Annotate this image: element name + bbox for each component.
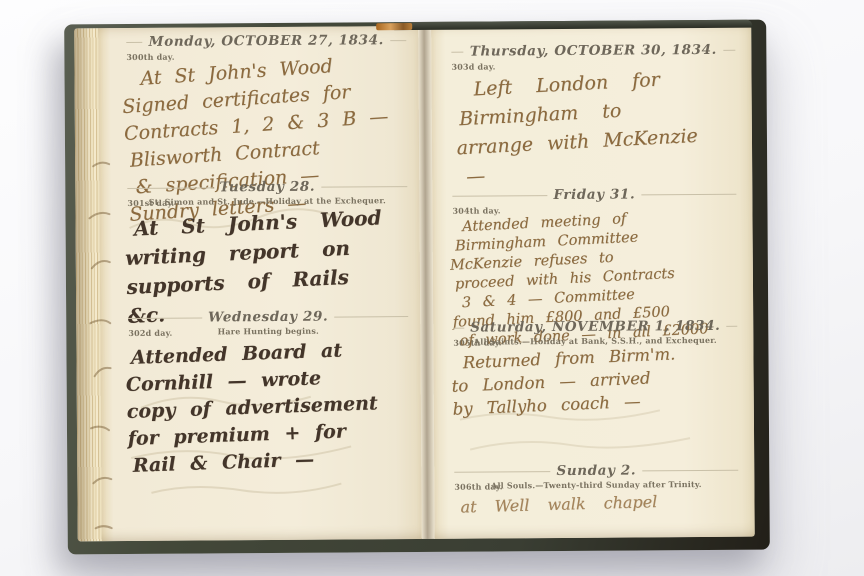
- handwritten-entry: Attended Board at Cornhill — wrote copy …: [125, 335, 414, 480]
- date-header-row: Saturday, NOVEMBER 1, 1834.: [451, 318, 739, 336]
- header-rule: [126, 41, 142, 42]
- day-number-label: 301st day.: [127, 198, 174, 208]
- diary-entry-thursday: Thursday, OCTOBER 30, 1834. 303d day. Le…: [449, 42, 738, 193]
- date-header-row: Thursday, OCTOBER 30, 1834.: [449, 42, 737, 60]
- header-rule: [726, 325, 737, 326]
- date-header: Thursday, OCTOBER 30, 1834.: [464, 42, 723, 60]
- right-page: Thursday, OCTOBER 30, 1834. 303d day. Le…: [431, 24, 755, 539]
- date-header-row: Wednesday 29.: [126, 308, 410, 326]
- diary-entry-saturday: Saturday, NOVEMBER 1, 1834. 305th day. A…: [451, 318, 740, 421]
- date-header: Tuesday 28.: [213, 179, 321, 196]
- header-rule: [641, 193, 736, 195]
- header-rule: [334, 316, 408, 318]
- header-rule: [451, 51, 463, 52]
- date-header-row: Monday, OCTOBER 27, 1834.: [124, 32, 408, 50]
- handwritten-entry: Left London for Birmingham to arrange wi…: [447, 62, 741, 193]
- fanned-page-edges: [74, 28, 102, 541]
- left-page: Monday, OCTOBER 27, 1834. 300th day. At …: [98, 26, 422, 541]
- page-block: Monday, OCTOBER 27, 1834. 300th day. At …: [74, 24, 755, 542]
- day-number-label: 306th day.: [454, 481, 502, 491]
- date-header: Saturday, NOVEMBER 1, 1834.: [464, 318, 726, 336]
- date-header-row: Tuesday 28.: [125, 178, 409, 196]
- date-header: Wednesday 29.: [202, 309, 334, 326]
- date-header: Monday, OCTOBER 27, 1834.: [143, 32, 390, 50]
- day-number-label: 304th day.: [452, 205, 500, 215]
- header-rule: [452, 195, 547, 197]
- handwritten-entry: at Well walk chapel: [452, 489, 741, 519]
- diary-entry-wednesday: Wednesday 29. 302d day. Hare Hunting beg…: [126, 308, 411, 480]
- day-number-label: 303d day.: [451, 61, 495, 71]
- header-rule: [723, 49, 735, 50]
- handwritten-line: at Well walk chapel: [460, 489, 741, 519]
- header-rule: [127, 187, 213, 189]
- handwritten-entry: Returned from Birm'm. to London — arrive…: [450, 340, 741, 421]
- header-rule: [390, 40, 406, 41]
- header-rule: [453, 327, 464, 328]
- day-number-label: 300th day.: [126, 52, 174, 62]
- date-header-row: Friday 31.: [450, 186, 738, 204]
- header-rule: [454, 471, 550, 473]
- date-header-row: Sunday 2.: [452, 462, 740, 480]
- date-header: Friday 31.: [547, 186, 641, 203]
- header-rule: [321, 186, 407, 188]
- day-number-label: 302d day.: [128, 328, 172, 338]
- header-rule: [642, 469, 738, 471]
- diary-book: Monday, OCTOBER 27, 1834. 300th day. At …: [64, 20, 770, 555]
- diary-entry-sunday: Sunday 2. 306th day. All Souls.—Twenty-t…: [452, 462, 740, 519]
- day-number-label: 305th day.: [453, 337, 501, 347]
- date-header: Sunday 2.: [550, 462, 642, 479]
- header-rule: [128, 317, 202, 319]
